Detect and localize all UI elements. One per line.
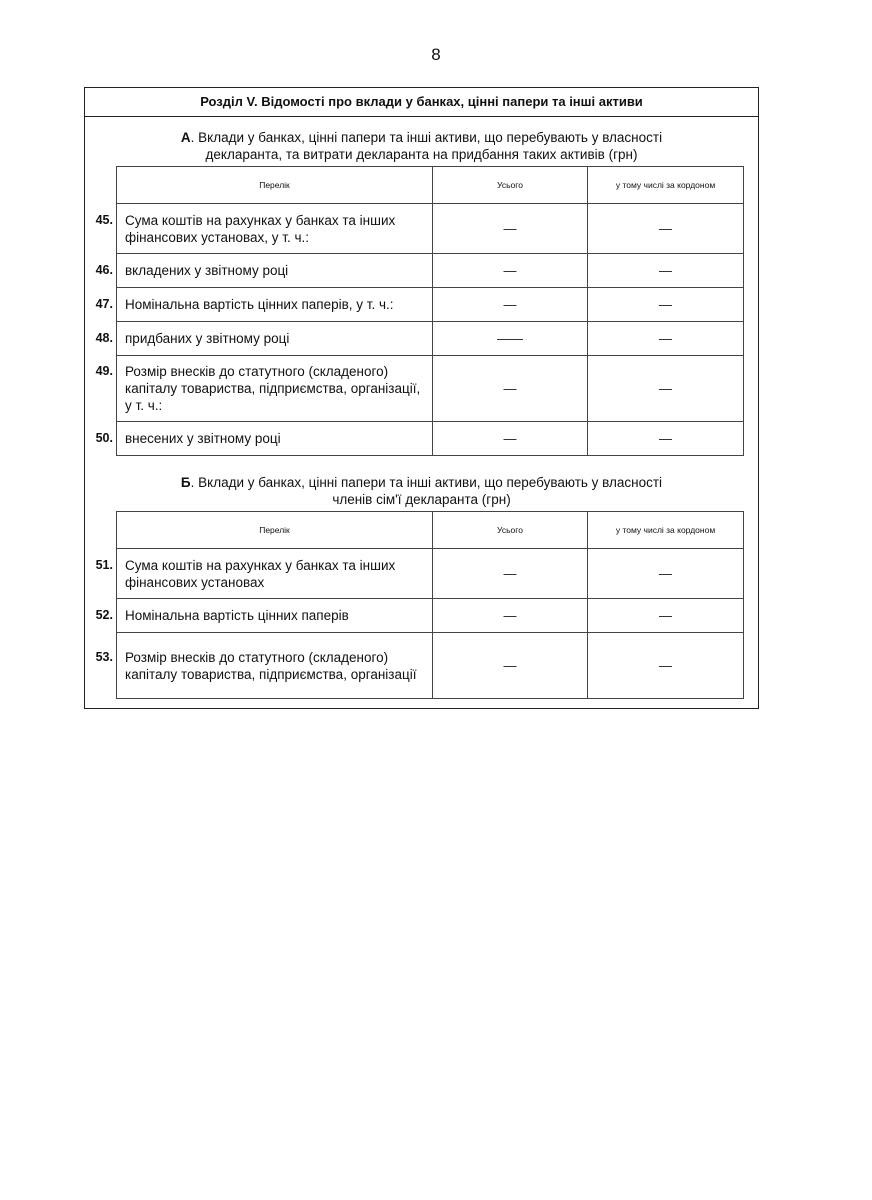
total-value: — [433, 422, 588, 456]
abroad-value: — [588, 288, 744, 322]
row-label: Сума коштів на рахунках у банках та інши… [125, 213, 395, 245]
row-number: 45. [89, 212, 113, 229]
total-value: — [433, 288, 588, 322]
section-title: Розділ V. Відомості про вклади у банках,… [85, 88, 758, 117]
row-number: 49. [89, 363, 113, 380]
col-header-total: Усього [433, 512, 588, 549]
col-header-list: Перелік [117, 512, 433, 549]
table-row: 45.Сума коштів на рахунках у банках та і… [117, 204, 744, 254]
part-a-title-line1: . Вклади у банках, цінні папери та інші … [191, 130, 662, 145]
abroad-value: — [588, 254, 744, 288]
row-label: вкладених у звітному році [125, 263, 288, 278]
row-label-cell: 52.Номінальна вартість цінних паперів [117, 599, 433, 633]
part-b-title: Б. Вклади у банках, цінні папери та інші… [85, 474, 758, 508]
total-value: — [433, 633, 588, 699]
section-v-box: Розділ V. Відомості про вклади у банках,… [84, 87, 759, 709]
abroad-value: — [588, 549, 744, 599]
table-row: 48.придбаних у звітному році——— [117, 322, 744, 356]
part-a-title-line2: декларанта, та витрати декларанта на при… [85, 146, 758, 163]
abroad-value: — [588, 599, 744, 633]
row-label-cell: 47.Номінальна вартість цінних паперів, у… [117, 288, 433, 322]
abroad-value: — [588, 204, 744, 254]
row-number: 52. [89, 607, 113, 624]
row-label-cell: 48.придбаних у звітному році [117, 322, 433, 356]
row-label: придбаних у звітному році [125, 331, 289, 346]
abroad-value: — [588, 322, 744, 356]
table-row: 53.Розмір внесків до статутного (складен… [117, 633, 744, 699]
table-row: 46.вкладених у звітному році—— [117, 254, 744, 288]
table-row: 47.Номінальна вартість цінних паперів, у… [117, 288, 744, 322]
row-label-cell: 45.Сума коштів на рахунках у банках та і… [117, 204, 433, 254]
col-header-total: Усього [433, 167, 588, 204]
row-label: Сума коштів на рахунках у банках та інши… [125, 558, 395, 590]
row-label-cell: 50.внесених у звітному році [117, 422, 433, 456]
part-b-letter: Б [181, 475, 191, 490]
table-row: 52.Номінальна вартість цінних паперів—— [117, 599, 744, 633]
row-label: Номінальна вартість цінних паперів, у т.… [125, 297, 394, 312]
row-label-cell: 49.Розмір внесків до статутного (складен… [117, 356, 433, 422]
abroad-value: — [588, 422, 744, 456]
row-number: 48. [89, 330, 113, 347]
row-label: Номінальна вартість цінних паперів [125, 608, 349, 623]
total-value: — [433, 549, 588, 599]
page-number: 8 [0, 45, 872, 65]
row-label-cell: 53.Розмір внесків до статутного (складен… [117, 633, 433, 699]
row-number: 50. [89, 430, 113, 447]
part-b-table: Перелік Усього у тому числі за кордоном … [116, 511, 744, 699]
row-label-cell: 46.вкладених у звітному році [117, 254, 433, 288]
part-a-table: Перелік Усього у тому числі за кордоном … [116, 166, 744, 456]
total-value: — [433, 356, 588, 422]
row-label-cell: 51.Сума коштів на рахунках у банках та і… [117, 549, 433, 599]
total-value: — [433, 599, 588, 633]
part-b-title-line2: членів сім'ї декларанта (грн) [85, 491, 758, 508]
table-row: 51.Сума коштів на рахунках у банках та і… [117, 549, 744, 599]
table-row: 49.Розмір внесків до статутного (складен… [117, 356, 744, 422]
total-value: — [433, 204, 588, 254]
abroad-value: — [588, 356, 744, 422]
row-number: 53. [89, 649, 113, 666]
col-header-abroad: у тому числі за кордоном [588, 167, 744, 204]
total-value: — [433, 254, 588, 288]
col-header-abroad: у тому числі за кордоном [588, 512, 744, 549]
row-label: внесених у звітному році [125, 431, 281, 446]
row-number: 46. [89, 262, 113, 279]
total-value: —— [433, 322, 588, 356]
part-a-letter: А [181, 130, 191, 145]
row-label: Розмір внесків до статутного (складеного… [125, 650, 416, 682]
row-number: 51. [89, 557, 113, 574]
table-row: 50.внесених у звітному році—— [117, 422, 744, 456]
part-a-title: А. Вклади у банках, цінні папери та інші… [85, 129, 758, 163]
col-header-list: Перелік [117, 167, 433, 204]
abroad-value: — [588, 633, 744, 699]
row-number: 47. [89, 296, 113, 313]
row-label: Розмір внесків до статутного (складеного… [125, 364, 420, 413]
part-b-title-line1: . Вклади у банках, цінні папери та інші … [191, 475, 662, 490]
